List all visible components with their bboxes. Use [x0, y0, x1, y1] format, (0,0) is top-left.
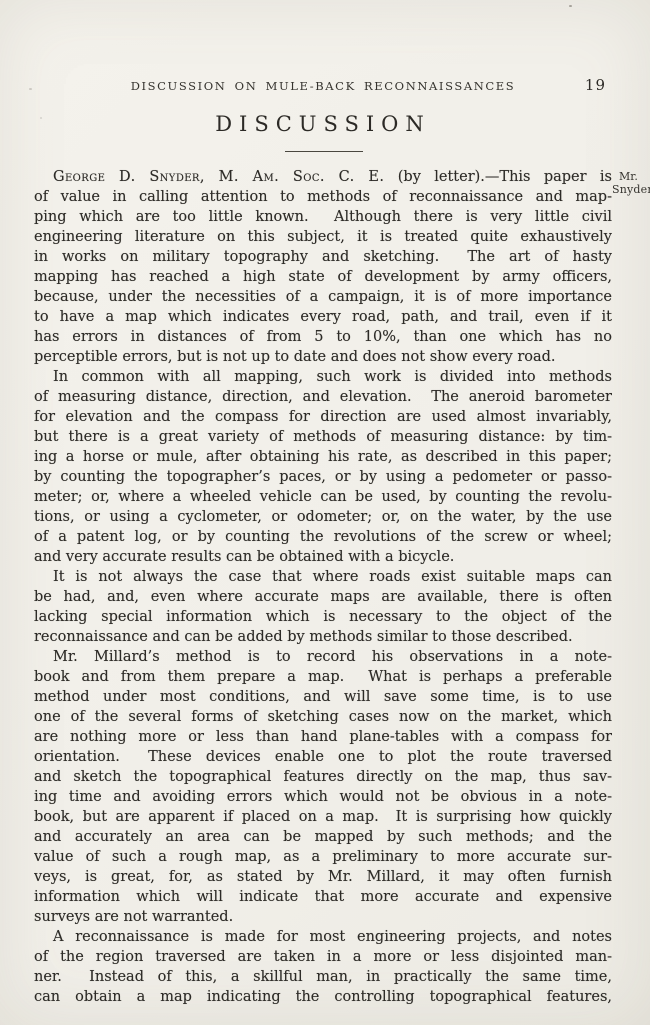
text-line: engineering literature on this subject, … — [34, 227, 612, 247]
text-line: can obtain a map indicating the controll… — [34, 987, 612, 1007]
speaker-name-smallcaps: George D. Snyder, M. Am. Soc. C. E. — [53, 169, 384, 185]
text-line: of value in calling attention to methods… — [34, 187, 612, 207]
text-line: book, but are apparent if placed on a ma… — [34, 807, 612, 827]
text-line: in works on military topography and sket… — [34, 247, 612, 267]
text-line: ing a horse or mule, after obtaining his… — [34, 447, 612, 467]
margin-note-speaker: Mr. Snyder. — [612, 170, 650, 196]
text-line: and very accurate results can be obtaine… — [34, 547, 612, 567]
scanned-document-page: DISCUSSION ON MULE-BACK RECONNAISSANCES … — [0, 0, 650, 1025]
page-number: 19 — [585, 76, 606, 94]
text-line: veys, is great, for, as stated by Mr. Mi… — [34, 867, 612, 887]
running-header: DISCUSSION ON MULE-BACK RECONNAISSANCES … — [34, 79, 612, 95]
text-line: Mr. Millard’s method is to record his ob… — [34, 647, 612, 667]
text-line: be had, and, even where accurate maps ar… — [34, 587, 612, 607]
running-header-text: DISCUSSION ON MULE-BACK RECONNAISSANCES — [34, 79, 612, 93]
text-line: ner. Instead of this, a skillful man, in… — [34, 967, 612, 987]
text-line: information which will indicate that mor… — [34, 887, 612, 907]
paragraph: In common with all mapping, such work is… — [34, 367, 612, 567]
text-line: meter; or, where a wheeled vehicle can b… — [34, 487, 612, 507]
text-line: because, under the necessities of a camp… — [34, 287, 612, 307]
text-line: A reconnaissance is made for most engine… — [34, 927, 612, 947]
text-line: book and from them prepare a map. What i… — [34, 667, 612, 687]
text-line: George D. Snyder, M. Am. Soc. C. E. (by … — [34, 167, 612, 187]
text-line: orientation. These devices enable one to… — [34, 747, 612, 767]
paragraph: George D. Snyder, M. Am. Soc. C. E. (by … — [34, 167, 612, 367]
text-line: lacking special information which is nec… — [34, 607, 612, 627]
paragraph: A reconnaissance is made for most engine… — [34, 927, 612, 1007]
text-line: and sketch the topographical features di… — [34, 767, 612, 787]
text-line: value of such a rough map, as a prelimin… — [34, 847, 612, 867]
margin-note-line: Mr. — [619, 170, 650, 183]
document-body: George D. Snyder, M. Am. Soc. C. E. (by … — [34, 167, 612, 1007]
text-line: and accurately an area can be mapped by … — [34, 827, 612, 847]
text-line: of a patent log, or by counting the revo… — [34, 527, 612, 547]
text-line: mapping has reached a high state of deve… — [34, 267, 612, 287]
text-line: ping which are too little known. Althoug… — [34, 207, 612, 227]
text-line: method under most conditions, and will s… — [34, 687, 612, 707]
margin-note-line: Snyder. — [612, 183, 650, 196]
text-line: but there is a great variety of methods … — [34, 427, 612, 447]
text-line: for elevation and the compass for direct… — [34, 407, 612, 427]
text-line: reconnaissance and can be added by metho… — [34, 627, 612, 647]
scan-speck — [29, 88, 32, 90]
text-line: has errors in distances of from 5 to 10%… — [34, 327, 612, 347]
text-line: ing time and avoiding errors which would… — [34, 787, 612, 807]
title-rule-divider — [285, 151, 363, 152]
text-line: surveys are not warranted. — [34, 907, 612, 927]
scan-speck — [569, 5, 572, 7]
text-line: are nothing more or less than hand plane… — [34, 727, 612, 747]
text-line: by counting the topographer’s paces, or … — [34, 467, 612, 487]
text-line: of measuring distance, direction, and el… — [34, 387, 612, 407]
text-line: In common with all mapping, such work is… — [34, 367, 612, 387]
text-line: one of the several forms of sketching ca… — [34, 707, 612, 727]
text-line: tions, or using a cyclometer, or odomete… — [34, 507, 612, 527]
paragraph: It is not always the case that where roa… — [34, 567, 612, 647]
paragraph: Mr. Millard’s method is to record his ob… — [34, 647, 612, 927]
text-line: It is not always the case that where roa… — [34, 567, 612, 587]
text-line: of the region traversed are taken in a m… — [34, 947, 612, 967]
section-title: DISCUSSION — [34, 112, 612, 136]
text-line: perceptible errors, but is not up to dat… — [34, 347, 612, 367]
text-line: to have a map which indicates every road… — [34, 307, 612, 327]
